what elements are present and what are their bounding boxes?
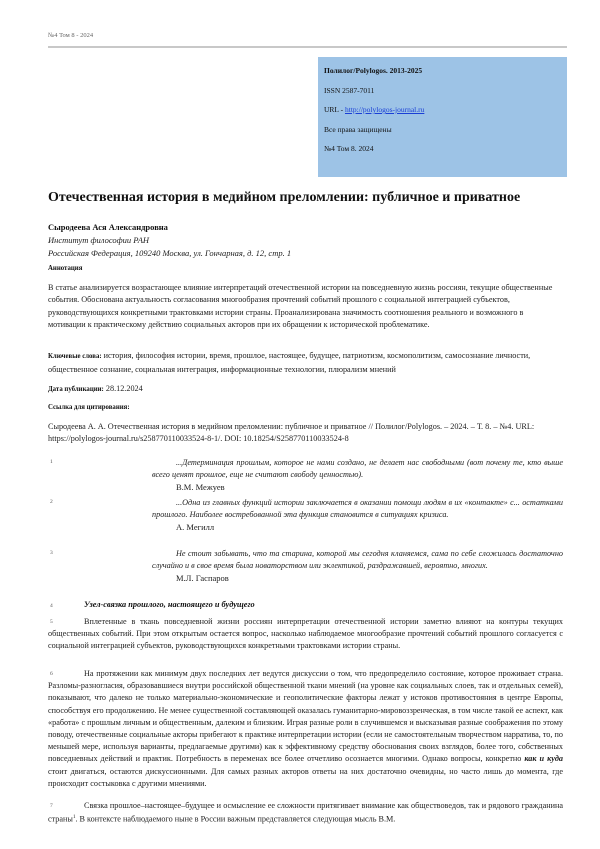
journal-info-box: Полилог/Polylogos. 2013-2025 ISSN 2587-7… bbox=[318, 57, 567, 177]
url-prefix: URL - bbox=[324, 105, 345, 114]
body-paragraph: На протяжении как минимум двух последних… bbox=[48, 668, 563, 790]
emphasis-text: как и куда bbox=[524, 754, 563, 763]
running-header: №4 Том 8 - 2024 bbox=[48, 32, 93, 39]
body-paragraph: Вплетенные в ткань повседневной жизни ро… bbox=[48, 616, 563, 653]
paragraph-text: На протяжении как минимум двух последних… bbox=[48, 669, 563, 763]
author-name: Сыродеева Ася Александровна bbox=[48, 222, 168, 232]
keywords-label: Ключевые слова: bbox=[48, 353, 102, 360]
rights: Все права защищены bbox=[324, 124, 561, 144]
paragraph-text: стоит двигаться, остаются дискуссионными… bbox=[48, 767, 563, 788]
article-title: Отечественная история в медийном преломл… bbox=[48, 190, 520, 206]
paragraph-number: 3 bbox=[50, 550, 53, 556]
paragraph-number: 1 bbox=[50, 459, 53, 465]
body-paragraph: Связка прошлое–настоящее–будущее и осмыс… bbox=[48, 800, 563, 826]
journal-name: Полилог/Polylogos. 2013-2025 bbox=[324, 65, 561, 85]
epigraph-author: М.Л. Гаспаров bbox=[152, 572, 563, 584]
epigraph-text: ...Детерминация прошлым, которое не нами… bbox=[152, 457, 563, 481]
date-label: Дата публикации: bbox=[48, 386, 104, 393]
abstract-text: В статье анализируется возрастающее влия… bbox=[48, 282, 563, 331]
abstract-heading: Аннотация bbox=[48, 265, 82, 272]
journal-url-line: URL - http://polylogos-journal.ru bbox=[324, 104, 561, 124]
paragraph-text: . В контексте наблюдаемого ныне в России… bbox=[75, 815, 395, 824]
citation-heading: Ссылка для цитирования: bbox=[48, 404, 130, 411]
epigraph: ...Одна из главных функций истории заклю… bbox=[152, 497, 563, 533]
paragraph-number: 2 bbox=[50, 499, 53, 505]
keywords: Ключевые слова: история, философия истор… bbox=[48, 350, 568, 376]
epigraph: ...Детерминация прошлым, которое не нами… bbox=[152, 457, 563, 493]
issue: №4 Том 8. 2024 bbox=[324, 143, 561, 163]
date-value: 28.12.2024 bbox=[104, 384, 143, 393]
journal-url-link[interactable]: http://polylogos-journal.ru bbox=[345, 105, 424, 114]
epigraph-author: А. Мегилл bbox=[152, 521, 563, 533]
publication-date: Дата публикации: 28.12.2024 bbox=[48, 384, 143, 393]
section-heading: Узел-связка прошлого, настоящего и будущ… bbox=[84, 600, 255, 609]
citation-text: Сыродеева А. А. Отечественная история в … bbox=[48, 421, 566, 446]
author-address: Российская Федерация, 109240 Москва, ул.… bbox=[48, 248, 291, 258]
epigraph-text: ...Одна из главных функций истории заклю… bbox=[152, 497, 563, 521]
header-divider bbox=[48, 46, 567, 48]
epigraph: Не стоит забывать, что та старина, котор… bbox=[152, 548, 563, 584]
keywords-text: история, философия истории, время, прошл… bbox=[48, 351, 530, 374]
epigraph-text: Не стоит забывать, что та старина, котор… bbox=[152, 548, 563, 572]
epigraph-author: В.М. Межуев bbox=[152, 481, 563, 493]
paragraph-number: 4 bbox=[50, 603, 53, 609]
issn: ISSN 2587-7011 bbox=[324, 85, 561, 105]
author-affiliation: Институт философии РАН bbox=[48, 235, 149, 245]
